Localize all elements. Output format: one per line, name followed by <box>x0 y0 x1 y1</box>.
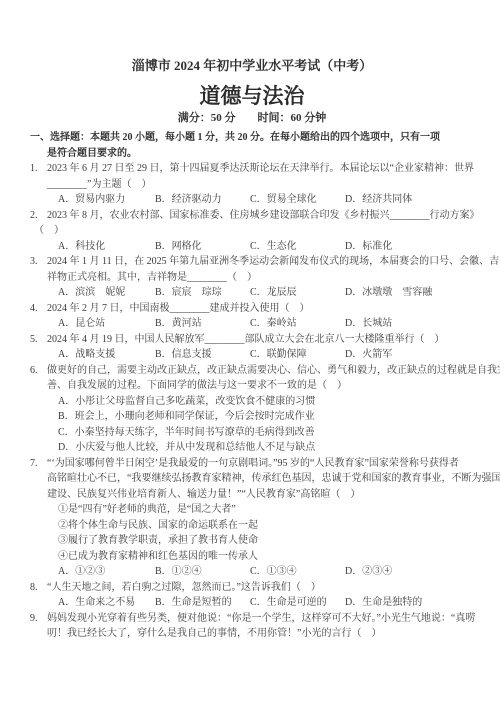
q5-options: A．战略支援 B．信息支援 C．联勤保障 D．火箭军 <box>30 347 474 363</box>
q8-option-d: D．生命是独特的 <box>345 595 474 611</box>
q6-option-c: C．小秦坚持每天练字，半年时间书写潦草的毛病得到改善 <box>30 425 474 441</box>
q3-stem-line1: 3.2024 年 1 月 11 日，在 2025 年第九届亚洲冬季运动会新闻发布… <box>30 254 474 270</box>
q3-option-c: C．龙辰辰 <box>250 285 345 301</box>
q1-stem-line2: ________”为主题（ ） <box>30 177 474 193</box>
q1-option-b: B．经济驱动力 <box>155 192 250 208</box>
q6-stem-text: 做更好的自己，需要主动改正缺点，改正缺点需要决心、信心、勇气和毅力，改正缺点的过… <box>47 365 500 376</box>
q8-option-c: C．生命是可逆的 <box>250 595 345 611</box>
q6-option-a: A．小彤让父母监督自己多吃蔬菜，改变饮食不健康的习惯 <box>30 394 474 410</box>
q8-option-a: A．生命来之不易 <box>58 595 155 611</box>
q5-stem-text: 2024 年 4 月 19 日，中国人民解放军________部队成立大会在北京… <box>47 334 445 345</box>
q8-options: A．生命来之不易 B．生命是短暂的 C．生命是可逆的 D．生命是独特的 <box>30 595 474 611</box>
q2-number: 2. <box>30 208 47 224</box>
q8-option-b: B．生命是短暂的 <box>155 595 250 611</box>
q5-option-a: A．战略支援 <box>58 347 155 363</box>
q1-stem-line1: 1.2023 年 6 月 27 日至 29 日，第十四届夏季达沃斯论坛在天津举行… <box>30 161 474 177</box>
exam-title: 淄博市 2024 年初中学业水平考试（中考） <box>30 58 474 74</box>
section-intro-line1: 一、选择题：本题共 20 小题，每小题 1 分，共 20 分。在每小题给出的四个… <box>30 130 474 146</box>
q2-stem-line1: 2.2023 年 8 月，农业农村部、国家标准委、住房城乡建设部联合印发《乡村振… <box>30 208 474 224</box>
q5-number: 5. <box>30 332 47 348</box>
q5-option-b: B．信息支援 <box>155 347 250 363</box>
q4-stem-line1: 4.2024 年 2 月 7 日，中国南极________建成并投入使用（ ） <box>30 301 474 317</box>
q2-stem-line2: （ ） <box>30 223 474 239</box>
q8-number: 8. <box>30 580 47 596</box>
q5-option-c: C．联勤保障 <box>250 347 345 363</box>
q5-stem-line1: 5.2024 年 4 月 19 日，中国人民解放军________部队成立大会在… <box>30 332 474 348</box>
q7-stem-line3: 建设、民族复兴伟业培育新人、输送力量！”“人民教育家”高铭暄（ ） <box>30 487 474 503</box>
q9-stem-line2: 叨！我已经长大了，穿什么是我自己的事情，不用你管！”小光的言行（ ） <box>30 626 474 642</box>
question-list: 一、选择题：本题共 20 小题，每小题 1 分，共 20 分。在每小题给出的四个… <box>30 130 474 642</box>
q7-options: A．①②③ B．①②④ C．①③④ D．②③④ <box>30 564 474 580</box>
q7-option-a: A．①②③ <box>58 564 155 580</box>
q7-option-c: C．①③④ <box>250 564 345 580</box>
q9-stem-text: 妈妈发现小光穿着有些另类，便对他说：“你是一个学生，这样穿可不大好。”小光生气地… <box>47 613 475 624</box>
q7-stem-line2: 高铭暄壮心不已，“我要继续弘扬教育家精神，传承红色基因，忠诚于党和国家的教育事业… <box>30 471 474 487</box>
q3-stem-text: 2024 年 1 月 11 日，在 2025 年第九届亚洲冬季运动会新闻发布仪式… <box>47 256 499 267</box>
q4-option-c: C．秦岭站 <box>250 316 345 332</box>
q4-number: 4. <box>30 301 47 317</box>
q6-stem-line2: 善、自我发展的过程。下面同学的做法与这一要求不一致的是（ ） <box>30 378 474 394</box>
q4-options: A．昆仑站 B．黄河站 C．秦岭站 D．长城站 <box>30 316 474 332</box>
q7-item-4: ④已成为教育家精神和红色基因的唯一传承人 <box>30 549 474 565</box>
q6-option-d: D．小庆爱与他人比较，并从中发现和总结他人不足与缺点 <box>30 440 474 456</box>
section-intro-line2: 是符合题目要求的。 <box>30 146 474 162</box>
q7-stem-text: “‘为国家哪何曾半日闲空’是我最爱的一句京剧唱词。”95 岁的“人民教育家”国家… <box>47 458 459 469</box>
q7-option-b: B．①②④ <box>155 564 250 580</box>
q7-item-1: ①是“四有”好老师的典范，是“国之大者” <box>30 502 474 518</box>
q1-options: A．贸易内驱力 B．经济驱动力 C．贸易全球化 D．经济共同体 <box>30 192 474 208</box>
q9-stem-line1: 9.妈妈发现小光穿着有些另类，便对他说：“你是一个学生，这样穿可不大好。”小光生… <box>30 611 474 627</box>
q4-option-d: D．长城站 <box>345 316 474 332</box>
subject-title: 道德与法治 <box>30 83 474 109</box>
q8-stem-line1: 8.“人生天地之间，若白驹之过隙，忽然而已。”这告诉我们（ ） <box>30 580 474 596</box>
q2-option-a: A．科技化 <box>58 239 155 255</box>
q7-item-2: ②将个体生命与民族、国家的命运联系在一起 <box>30 518 474 534</box>
q8-stem-text: “人生天地之间，若白驹之过隙，忽然而已。”这告诉我们（ ） <box>47 582 321 593</box>
q2-option-d: D．标准化 <box>345 239 474 255</box>
q2-stem-text: 2023 年 8 月，农业农村部、国家标准委、住房城乡建设部联合印发《乡村振兴_… <box>47 210 480 221</box>
q1-option-c: C．贸易全球化 <box>250 192 345 208</box>
q7-item-3: ③履行了教育教学职责，承担了教书育人使命 <box>30 533 474 549</box>
q1-option-a: A．贸易内驱力 <box>58 192 155 208</box>
full-score-label: 满分：50 分 <box>178 111 236 125</box>
q3-number: 3. <box>30 254 47 270</box>
q6-option-b: B．班会上，小珊向老师和同学保证，今后会按时完成作业 <box>30 409 474 425</box>
q3-option-a: A．滨滨 妮妮 <box>58 285 155 301</box>
time-limit-label: 时间：60 分钟 <box>258 111 327 125</box>
q4-option-b: B．黄河站 <box>155 316 250 332</box>
q3-options: A．滨滨 妮妮 B．宸宸 琮琮 C．龙辰辰 D．冰墩墩 雪容融 <box>30 285 474 301</box>
exam-paper-page: 淄博市 2024 年初中学业水平考试（中考） 道德与法治 满分：50 分 时间：… <box>0 0 500 707</box>
q7-stem-line1: 7.“‘为国家哪何曾半日闲空’是我最爱的一句京剧唱词。”95 岁的“人民教育家”… <box>30 456 474 472</box>
q4-stem-text: 2024 年 2 月 7 日，中国南极________建成并投入使用（ ） <box>47 303 310 314</box>
q2-option-b: B．网格化 <box>155 239 250 255</box>
q4-option-a: A．昆仑站 <box>58 316 155 332</box>
q9-number: 9. <box>30 611 47 627</box>
q2-option-c: C．生态化 <box>250 239 345 255</box>
q7-number: 7. <box>30 456 47 472</box>
score-time-line: 满分：50 分 时间：60 分钟 <box>30 111 474 125</box>
q6-stem-line1: 6.做更好的自己，需要主动改正缺点，改正缺点需要决心、信心、勇气和毅力，改正缺点… <box>30 363 474 379</box>
q3-stem-line2: 祥物正式亮相。其中，吉祥物是________（ ） <box>30 270 474 286</box>
q6-number: 6. <box>30 363 47 379</box>
q1-number: 1. <box>30 161 47 177</box>
q3-option-b: B．宸宸 琮琮 <box>155 285 250 301</box>
q5-option-d: D．火箭军 <box>345 347 474 363</box>
q7-option-d: D．②③④ <box>345 564 474 580</box>
q2-options: A．科技化 B．网格化 C．生态化 D．标准化 <box>30 239 474 255</box>
q3-option-d: D．冰墩墩 雪容融 <box>345 285 474 301</box>
q1-stem-text: 2023 年 6 月 27 日至 29 日，第十四届夏季达沃斯论坛在天津举行。本… <box>47 163 474 174</box>
q1-option-d: D．经济共同体 <box>345 192 474 208</box>
